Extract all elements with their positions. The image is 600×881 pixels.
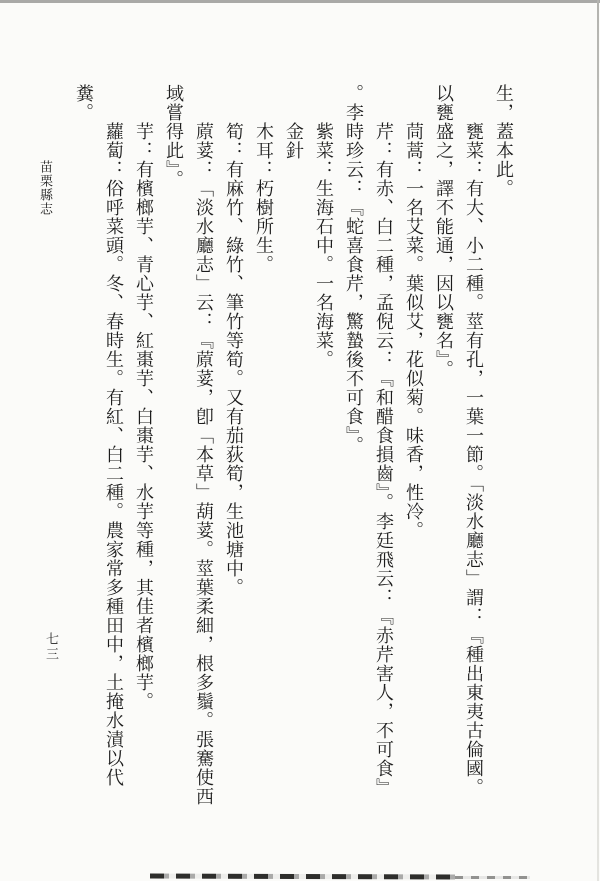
text-column-entry-luobo: 蘿蔔：俗呼菜頭。冬、春時生。有紅、白二種。農家常多種田中，土掩水漬以代 — [98, 84, 128, 814]
scan-edge-right — [597, 0, 599, 881]
text-column-entry-yuansui: 蒝荽：「淡水廳志」云：『蒝荽，卽「本草」葫荽。莖葉柔細，根多鬚。張騫使西 — [188, 84, 218, 814]
text-column-entry-muer: 木耳：朽樹所生。 — [248, 84, 278, 814]
text-column-entry-qin: 芹：有赤、白二種，孟倪云：『和醋食損齒』。李廷飛云：『赤芹害人，不可食』 — [368, 84, 398, 814]
text-column-entry-tonghao: 茼蒿：一名艾菜。葉似艾，花似菊。味香，性冷。 — [398, 84, 428, 814]
scan-smudge-bottom — [150, 873, 455, 879]
text-column-entry-zicai: 紫菜：生海石中。一名海菜。 — [308, 84, 338, 814]
text-column: 以甕盛之，譯不能通，因以甕名』。 — [428, 84, 458, 814]
scan-smudge-bottom-2 — [455, 876, 530, 879]
text-column-entry-yu: 芋：有檳榔芋、青心芋、紅棗芋、白棗芋、水芋等種，其佳者檳榔芋。 — [128, 84, 158, 814]
main-text-block: 生，蓋本此。 甕菜：有大、小二種。莖有孔，一葉一節。「淡水廳志」謂：『種出東夷古… — [66, 84, 518, 814]
text-column: 糞。 — [68, 84, 98, 814]
book-title-margin: 苗栗縣志 — [35, 160, 54, 216]
scanned-book-page: 生，蓋本此。 甕菜：有大、小二種。莖有孔，一葉一節。「淡水廳志」謂：『種出東夷古… — [0, 0, 600, 881]
text-column-entry-jinzhen: 金針 — [278, 84, 308, 814]
text-column-entry-wengcai: 甕菜：有大、小二種。莖有孔，一葉一節。「淡水廳志」謂：『種出東夷古倫國。 — [458, 84, 488, 814]
folio-number: 七三 — [41, 632, 60, 662]
scan-edge-top — [0, 0, 600, 3]
text-column-entry-sun: 筍：有麻竹、綠竹、筆竹等筍。又有茄荻筍，生池塘中。 — [218, 84, 248, 814]
text-column: 生，蓋本此。 — [488, 84, 518, 814]
text-column: 。李時珍云：『蛇喜食芹，驚蟄後不可食』。 — [338, 84, 368, 814]
text-column: 域嘗得此』。 — [158, 84, 188, 814]
